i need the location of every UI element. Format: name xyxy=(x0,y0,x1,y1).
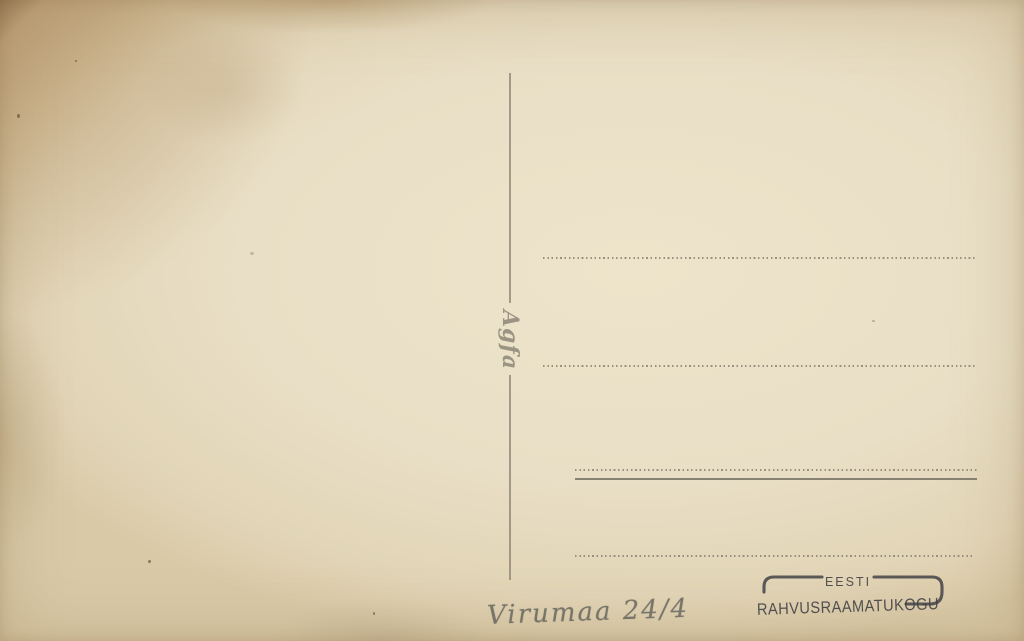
age-speck xyxy=(373,612,375,615)
worn-corner xyxy=(0,0,46,46)
postcard-back-scan: Agfa EESTI RAHVUSRAAMATUKOGU Virumaa 24/… xyxy=(0,0,1024,641)
age-speck xyxy=(17,114,20,118)
agfa-watermark: Agfa xyxy=(496,304,524,376)
handwritten-note: Virumaa 24/4 xyxy=(487,593,708,631)
age-speck xyxy=(250,252,254,255)
address-line-4 xyxy=(575,555,972,557)
address-line-3-solid xyxy=(575,478,977,480)
stamp-country-text: EESTI xyxy=(825,575,871,589)
age-speck xyxy=(872,320,875,322)
address-line-2 xyxy=(543,365,977,367)
address-line-3-dotted xyxy=(575,469,977,471)
divider-line-upper xyxy=(509,73,511,303)
library-stamp: EESTI RAHVUSRAAMATUKOGU xyxy=(748,566,953,622)
library-stamp-frame: EESTI RAHVUSRAAMATUKOGU xyxy=(748,566,953,622)
address-line-1 xyxy=(543,257,977,259)
divider-line-lower xyxy=(509,375,511,580)
age-speck xyxy=(75,60,77,62)
age-speck xyxy=(148,560,151,563)
stamp-library-text: RAHVUSRAAMATUKOGU xyxy=(757,595,939,619)
